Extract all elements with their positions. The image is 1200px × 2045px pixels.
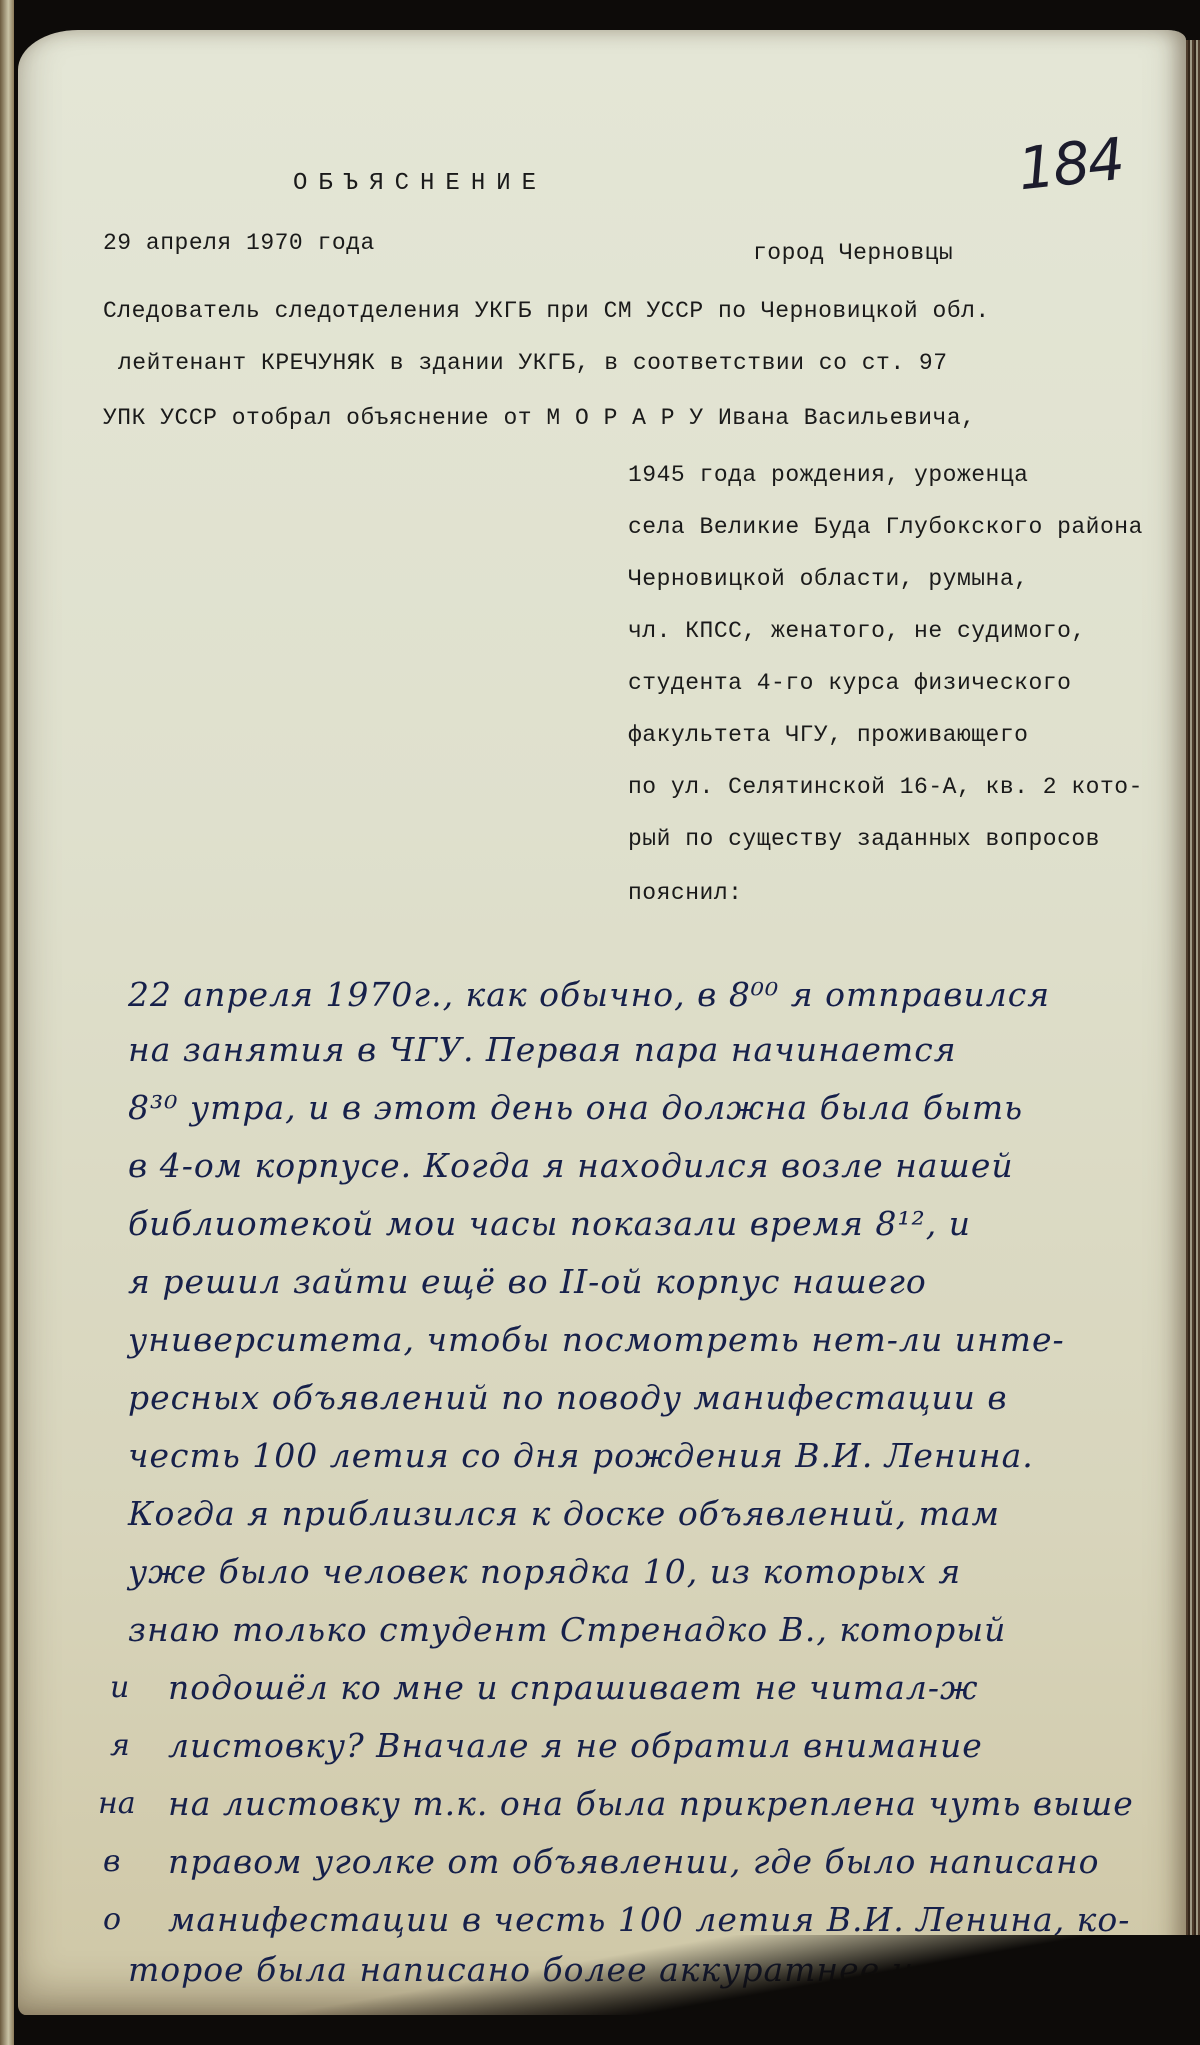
subject-detail: рый по существу заданных вопросов [628, 826, 1100, 852]
handwritten-line: листовку? Вначале я не обратил внимание [168, 1726, 1168, 1765]
handwritten-line: в 4-ом корпусе. Когда я находился возле … [128, 1146, 1128, 1185]
subject-detail: студента 4-го курса физического [628, 670, 1071, 696]
handwritten-line: знаю только студент Стренадко В., которы… [128, 1610, 1128, 1649]
handwritten-line: на занятия в ЧГУ. Первая пара начинается [128, 1030, 1128, 1069]
handwritten-line: на листовку т.к. она была прикреплена чу… [168, 1784, 1168, 1823]
document-date: 29 апреля 1970 года [103, 230, 375, 256]
handwritten-line: ресных объявлений по поводу манифестации… [128, 1378, 1128, 1417]
subject-detail: факультета ЧГУ, проживающего [628, 722, 1028, 748]
margin-letter: я [110, 1728, 130, 1763]
subject-detail: Черновицкой области, румына, [628, 566, 1028, 592]
document-title: ОБЪЯСНЕНИЕ [293, 170, 547, 197]
margin-letter: о [103, 1902, 121, 1937]
subject-detail: пояснил: [628, 880, 742, 906]
folio-number: 184 [1015, 125, 1126, 204]
margin-letter: на [98, 1786, 136, 1821]
handwritten-line: университета, чтобы посмотреть нет-ли ин… [128, 1320, 1128, 1359]
handwritten-line: 22 апреля 1970г., как обычно, в 8⁰⁰ я от… [128, 975, 1128, 1014]
intro-line: Следователь следотделения УКГБ при СМ УС… [103, 298, 990, 324]
handwritten-line: 8³⁰ утра, и в этот день она должна была … [128, 1088, 1128, 1127]
book-spine [0, 0, 14, 2045]
subject-detail: по ул. Селятинской 16-А, кв. 2 кото- [628, 774, 1143, 800]
page-bottom-shadow [0, 1935, 1200, 2045]
document-page: 184 ОБЪЯСНЕНИЕ 29 апреля 1970 года город… [18, 30, 1186, 2015]
intro-line: лейтенант КРЕЧУНЯК в здании УКГБ, в соот… [118, 350, 948, 376]
handwritten-line: честь 100 летия со дня рождения В.И. Лен… [128, 1436, 1128, 1475]
handwritten-line: правом уголке от объявлении, где было на… [168, 1842, 1168, 1881]
handwritten-line: я решил зайти ещё во II-ой корпус нашего [128, 1262, 1128, 1301]
margin-letter: и [110, 1670, 129, 1705]
subject-detail: села Великие Буда Глубокского района [628, 514, 1143, 540]
handwritten-line: манифестации в честь 100 летия В.И. Лени… [168, 1900, 1168, 1939]
handwritten-line: подошёл ко мне и спрашивает не читал-ж [168, 1668, 1168, 1707]
subject-detail: чл. КПСС, женатого, не судимого, [628, 618, 1086, 644]
margin-letter: в [103, 1844, 120, 1879]
subject-detail: 1945 года рождения, уроженца [628, 462, 1028, 488]
document-place: город Черновцы [753, 240, 953, 266]
intro-line: УПК УССР отобрал объяснение от М О Р А Р… [103, 405, 975, 431]
handwritten-line: библиотекой мои часы показали время 8¹²,… [128, 1204, 1128, 1243]
handwritten-line: Когда я приблизился к доске объявлений, … [128, 1494, 1128, 1533]
handwritten-line: уже было человек порядка 10, из которых … [128, 1552, 1128, 1591]
